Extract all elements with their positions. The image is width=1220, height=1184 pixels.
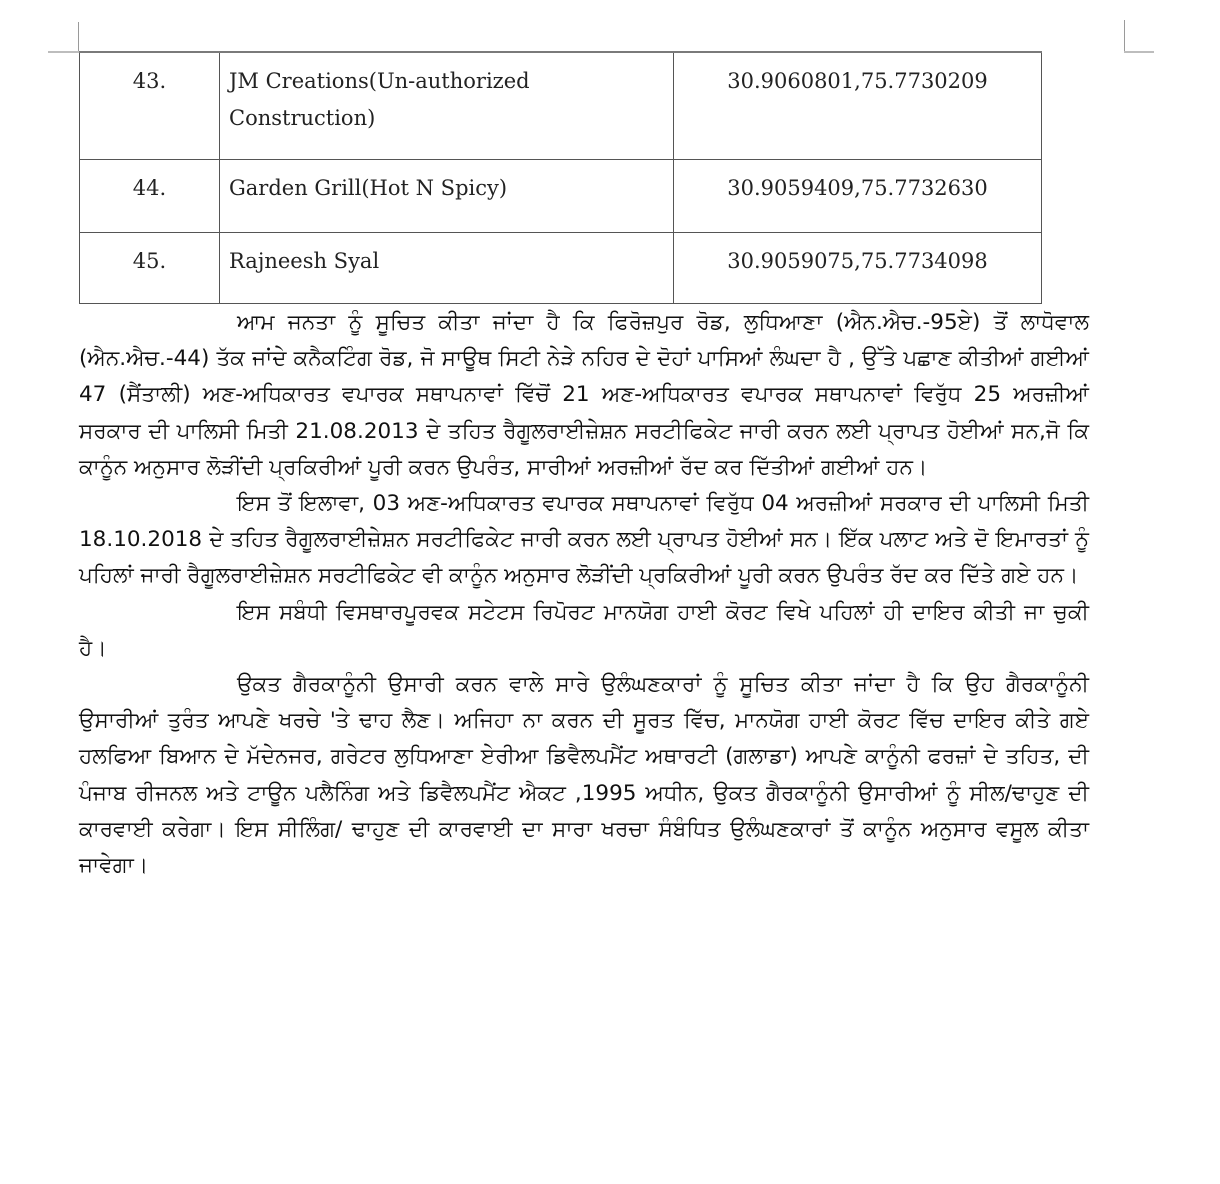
- crop-mark-top-left-horizontal: [48, 51, 80, 53]
- crop-mark-top-left: [78, 22, 79, 52]
- unauthorized-sites-table: 43. JM Creations(Un-authorized Construct…: [79, 51, 1042, 304]
- notice-body: ਆਮ ਜਨਤਾ ਨੂੰ ਸੂਚਿਤ ਕੀਤਾ ਜਾਂਦਾ ਹੈ ਕਿ ਫਿਰੋਜ…: [79, 305, 1089, 884]
- paragraph-status-report: ਇਸ ਸਬੰਧੀ ਵਿਸਥਾਰਪੂਰਵਕ ਸਟੇਟਸ ਰਿਪੋਰਟ ਮਾਨਯੋਗ…: [79, 595, 1089, 667]
- table-row: 43. JM Creations(Un-authorized Construct…: [80, 52, 1042, 160]
- coordinates: 30.9059409,75.7732630: [674, 160, 1042, 233]
- establishment-name: JM Creations(Un-authorized Construction): [220, 52, 674, 160]
- coordinates: 30.9060801,75.7730209: [674, 52, 1042, 160]
- serial-number: 43.: [80, 52, 220, 160]
- crop-mark-top-right-horizontal: [1124, 51, 1154, 53]
- paragraph-additional-applications: ਇਸ ਤੋਂ ਇਲਾਵਾ, 03 ਅਣ-ਅਧਿਕਾਰਤ ਵਪਾਰਕ ਸਥਾਪਨਾ…: [79, 486, 1089, 595]
- establishment-name: Rajneesh Syal: [220, 233, 674, 304]
- table-row: 45. Rajneesh Syal 30.9059075,75.7734098: [80, 233, 1042, 304]
- coordinates: 30.9059075,75.7734098: [674, 233, 1042, 304]
- crop-mark-top-right: [1124, 20, 1125, 52]
- establishment-name: Garden Grill(Hot N Spicy): [220, 160, 674, 233]
- serial-number: 44.: [80, 160, 220, 233]
- paragraph-public-notice: ਆਮ ਜਨਤਾ ਨੂੰ ਸੂਚਿਤ ਕੀਤਾ ਜਾਂਦਾ ਹੈ ਕਿ ਫਿਰੋਜ…: [79, 305, 1089, 486]
- table-row: 44. Garden Grill(Hot N Spicy) 30.9059409…: [80, 160, 1042, 233]
- paragraph-demolition-warning: ਉਕਤ ਗੈਰਕਾਨੂੰਨੀ ਉਸਾਰੀ ਕਰਨ ਵਾਲੇ ਸਾਰੇ ਉਲੰਘਣ…: [79, 667, 1089, 884]
- serial-number: 45.: [80, 233, 220, 304]
